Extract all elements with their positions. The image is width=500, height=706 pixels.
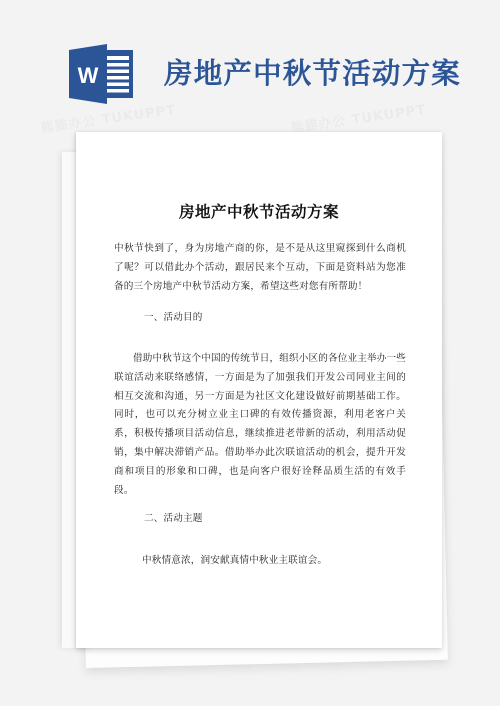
section-heading-purpose: 一、活动目的 xyxy=(144,309,436,328)
svg-text:W: W xyxy=(78,63,99,88)
intro-paragraph: 中秋节快到了，身为房地产商的你，是不是从这里窥探到什么商机了呢？可以借此办个活动… xyxy=(114,240,406,296)
document-title: 房地产中秋节活动方案 xyxy=(76,201,442,223)
document-page: 房地产中秋节活动方案 中秋节快到了，身为房地产商的你，是不是从这里窥探到什么商机… xyxy=(76,132,442,648)
section-heading-theme: 二、活动主题 xyxy=(144,510,436,529)
section-body-purpose: 借助中秋节这个中国的传统节日，组织小区的各位业主举办一些联谊活动来联络感情，一方… xyxy=(114,350,406,500)
word-document-icon: W xyxy=(69,44,135,104)
banner-title: 房地产中秋节活动方案 xyxy=(164,56,461,92)
section-body-theme: 中秋情意浓，润安献真情中秋业主联谊会。 xyxy=(142,552,412,571)
